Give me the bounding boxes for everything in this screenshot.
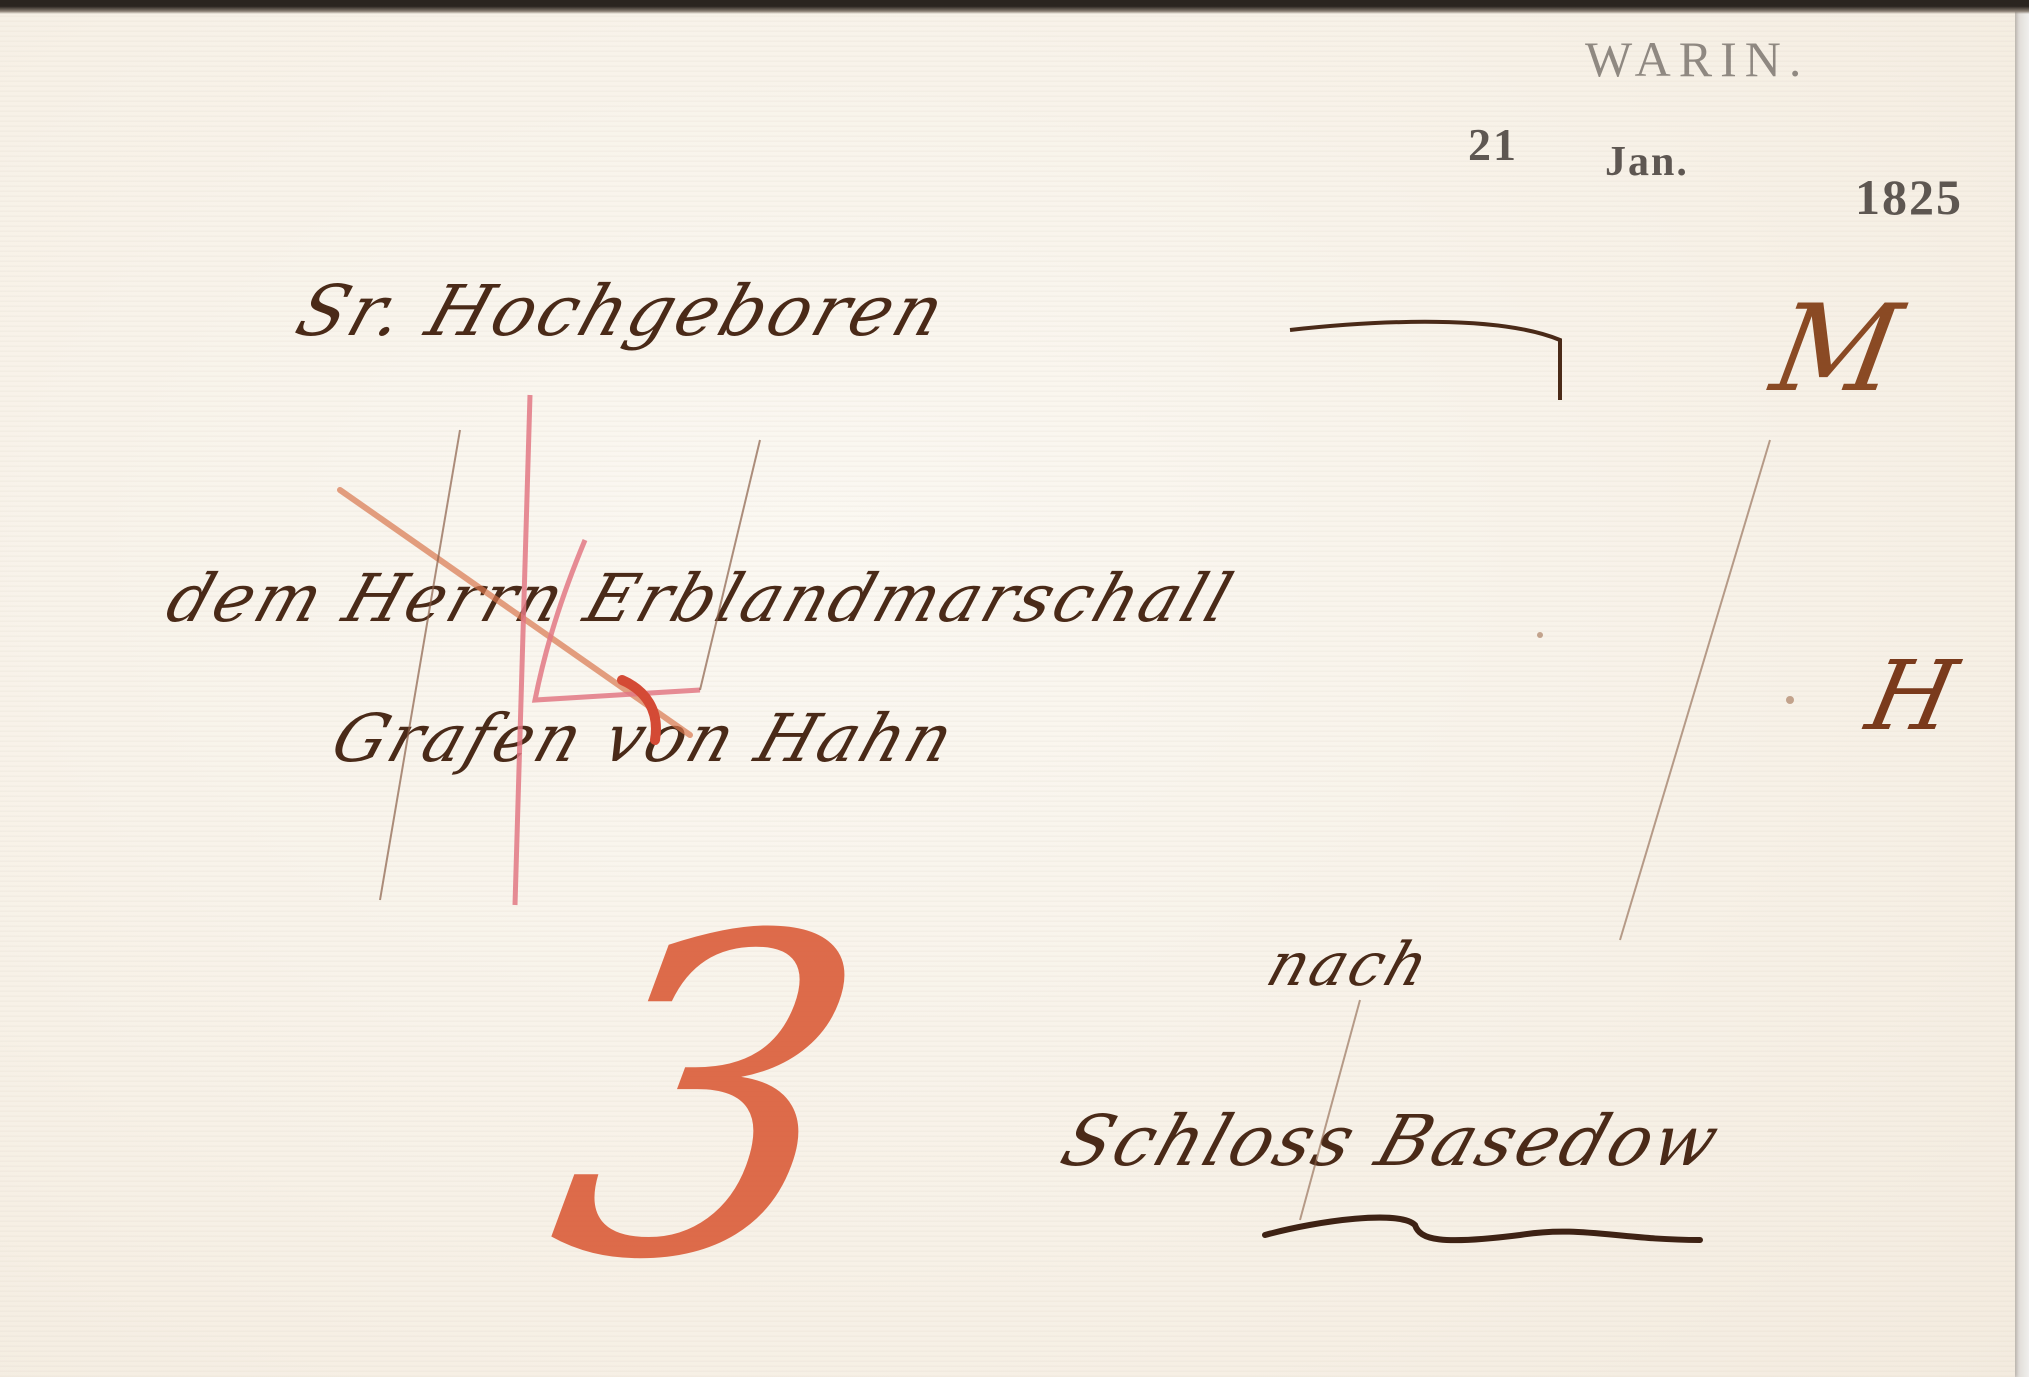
address-line-nach: nach bbox=[1259, 930, 1440, 1000]
letter-paper bbox=[0, 8, 2015, 1377]
top-edge-shadow bbox=[0, 0, 2029, 14]
address-line-destination: Schloss Basedow bbox=[1052, 1100, 1732, 1182]
address-line-name: Grafen von Hahn bbox=[322, 700, 965, 777]
postmark-day: 21 bbox=[1468, 118, 1518, 171]
postmark-month: Jan. bbox=[1605, 138, 1689, 186]
address-line-salutation: Sr. Hochgeboren bbox=[287, 270, 958, 352]
postmark-town: WARIN. bbox=[1585, 30, 1809, 88]
manuscript-mark-m: M bbox=[1763, 280, 1910, 419]
address-line-title: dem Herrn Erblandmarschall bbox=[157, 560, 1244, 637]
postmark-year: 1825 bbox=[1855, 168, 1963, 226]
scanner-background-edge bbox=[2015, 0, 2029, 1377]
